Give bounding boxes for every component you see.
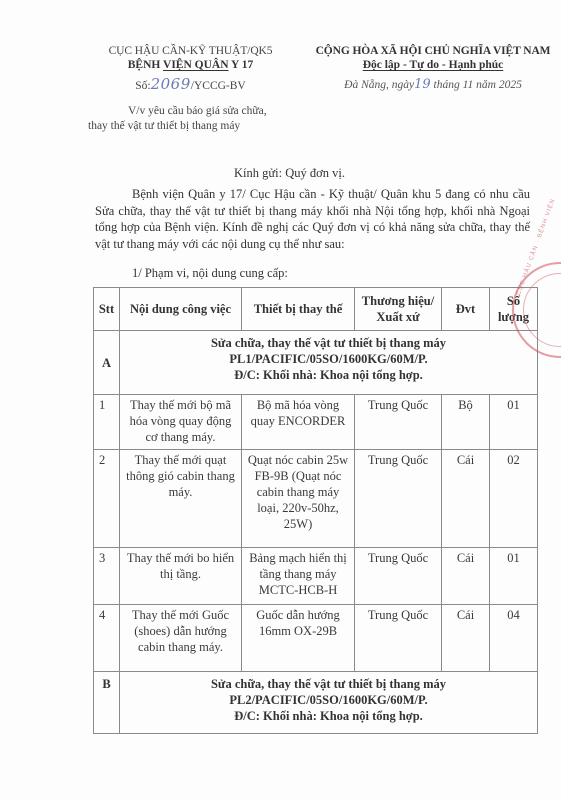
section-title: 1/ Phạm vi, nội dung cung cấp:	[132, 266, 288, 281]
table-row: 1 Thay thế mới bộ mã hóa vòng quay động …	[94, 395, 538, 450]
cell-device: Bộ mã hóa vòng quay ENCORDER	[242, 395, 355, 450]
header-unit: Đvt	[442, 288, 490, 331]
header-origin: Thương hiệu/ Xuất xứ	[355, 288, 442, 331]
cell-quantity: 02	[490, 450, 538, 548]
handwritten-day: 19	[414, 77, 431, 92]
handwritten-number: 2069	[151, 75, 191, 93]
cell-device: Quạt nóc cabin 25w FB-9B (Quạt nóc cabin…	[242, 450, 355, 548]
cell-quantity: 01	[490, 395, 538, 450]
cell-origin: Trung Quốc	[355, 605, 442, 672]
national-motto: Độc lập - Tự do - Hạnh phúc	[363, 59, 504, 71]
cell-device: Bảng mạch hiển thị tầng thang máy MCTC-H…	[242, 548, 355, 605]
document-page: CỤC HẬU CẦN-KỸ THUẬT/QK5 BỆNH VIỆN QUÂN …	[0, 0, 561, 800]
cell-task: Thay thế mới bo hiển thị tầng.	[120, 548, 242, 605]
cell-stt: 1	[94, 395, 120, 450]
nation-title: CỘNG HÒA XÃ HỘI CHỦ NGHĨA VIỆT NAM	[305, 44, 561, 58]
table-header-row: Stt Nội dung công việc Thiết bị thay thế…	[94, 288, 538, 331]
group-code: A	[94, 331, 120, 395]
cell-unit: Cái	[442, 450, 490, 548]
group-description: Sửa chữa, thay thế vật tư thiết bị thang…	[120, 331, 538, 395]
cell-task: Thay thế mới bộ mã hóa vòng quay động cơ…	[120, 395, 242, 450]
cell-origin: Trung Quốc	[355, 450, 442, 548]
document-date: Đà Nẵng, ngày19 tháng 11 năm 2025	[305, 78, 561, 92]
header-task: Nội dung công việc	[120, 288, 242, 331]
header-device: Thiết bị thay thế	[242, 288, 355, 331]
group-code: B	[94, 672, 120, 734]
cell-stt: 3	[94, 548, 120, 605]
table-row: 2 Thay thế mới quạt thông gió cabin than…	[94, 450, 538, 548]
cell-unit: Cái	[442, 605, 490, 672]
issuer-header: CỤC HẬU CẦN-KỸ THUẬT/QK5 BỆNH VIỆN QUÂN …	[88, 44, 293, 93]
header-quantity: Số lượng	[490, 288, 538, 331]
cell-task: Thay thế mới Guốc (shoes) dẫn hướng cabi…	[120, 605, 242, 672]
greeting: Kính gửi: Quý đơn vị.	[0, 166, 561, 181]
quotation-table: Stt Nội dung công việc Thiết bị thay thế…	[93, 287, 538, 734]
table-row: 4 Thay thế mới Guốc (shoes) dẫn hướng ca…	[94, 605, 538, 672]
cell-device: Guốc dẫn hướng 16mm OX-29B	[242, 605, 355, 672]
table-row: 3 Thay thế mới bo hiển thị tầng. Bảng mạ…	[94, 548, 538, 605]
cell-task: Thay thế mới quạt thông gió cabin thang …	[120, 450, 242, 548]
group-description: Sửa chữa, thay thế vật tư thiết bị thang…	[120, 672, 538, 734]
cell-stt: 2	[94, 450, 120, 548]
national-header: CỘNG HÒA XÃ HỘI CHỦ NGHĨA VIỆT NAM Độc l…	[305, 44, 561, 92]
header-stt: Stt	[94, 288, 120, 331]
group-row-b: B Sửa chữa, thay thế vật tư thiết bị tha…	[94, 672, 538, 734]
cell-origin: Trung Quốc	[355, 548, 442, 605]
cell-origin: Trung Quốc	[355, 395, 442, 450]
issuing-unit: BỆNH VIỆN QUÂN Y 17	[88, 58, 293, 72]
cell-unit: Cái	[442, 548, 490, 605]
body-paragraph: Bệnh viện Quân y 17/ Cục Hậu cần - Kỹ th…	[95, 186, 530, 252]
cell-quantity: 04	[490, 605, 538, 672]
document-number: Số:2069/YCCG-BV	[88, 77, 293, 93]
parent-organization: CỤC HẬU CẦN-KỸ THUẬT/QK5	[88, 44, 293, 58]
document-subject: V/v yêu cầu báo giá sửa chữa, thay thế v…	[88, 104, 298, 134]
cell-unit: Bộ	[442, 395, 490, 450]
cell-quantity: 01	[490, 548, 538, 605]
cell-stt: 4	[94, 605, 120, 672]
group-row-a: A Sửa chữa, thay thế vật tư thiết bị tha…	[94, 331, 538, 395]
